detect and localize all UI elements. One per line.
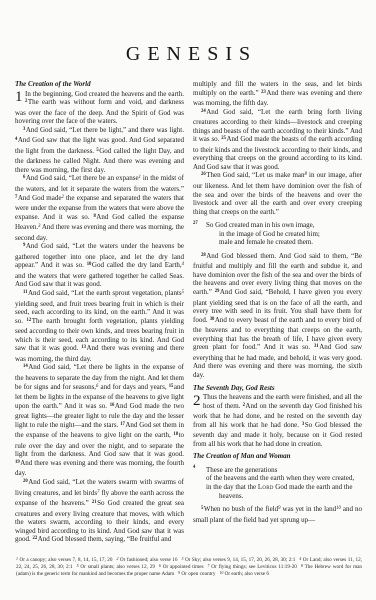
paragraph: 20And God said, “Let the waters swarm wi… [15,478,184,546]
verse-number: 4 [15,137,18,142]
section-heading: The Creation of the World [15,80,184,89]
text-columns: The Creation of the World1In the beginni… [15,80,362,554]
chapter-paragraph: 1In the beginning, God created the heave… [15,90,184,126]
poetry-line: in the day that the Lord God made the ea… [193,483,362,500]
paragraph: multiply and fill the waters in the seas… [193,80,362,108]
paragraph: 5When no bush of the field9 was yet in t… [193,505,362,524]
verse-number: 30 [210,317,215,322]
verse-number: 9 [23,243,26,248]
verse-number: 15 [169,384,174,389]
footnote-text: Or fashioned; also verse 16 [118,557,177,563]
footnote-text: Or Sky; also verses 9, 14, 15, 17, 20, 2… [183,557,295,563]
verse-number: 28 [201,253,206,258]
paragraph: 6And God said, “Let there be an expanse1… [15,174,184,242]
left-column: The Creation of the World1In the beginni… [15,80,184,554]
footnote-text: Or appointed times [161,564,204,570]
footnote: 2 Or fashioned; also verse 16 [116,557,181,563]
poetry-block: 4These are the generationsof the heavens… [193,466,362,500]
section-heading: The Creation of Man and Woman [193,452,362,461]
verse-number: 5 [201,506,204,511]
verse-number: 20 [23,479,28,484]
chapter-number: 1 [15,90,25,105]
footnote-marker: 6 [96,384,98,389]
poetry-line: of the heavens and the earth when they w… [193,474,362,483]
footnote-marker: 9 [278,506,280,511]
footnote-number: 9 [178,571,180,575]
divine-name-smallcaps: Lord [258,483,274,491]
poetry-line: male and female he created them. [193,238,362,247]
footnote-text: Or small plants; also verses 12, 29 [79,564,155,570]
footnote-marker: 3 [38,224,40,229]
verse-number: 4 [193,464,195,473]
footnote-number: 1 [16,557,18,561]
verse-number: 10 [87,262,92,267]
verse-number: 29 [215,289,220,294]
verse-number: 5 [96,148,99,153]
footnote-marker: 1 [139,175,141,180]
poetry-block: 27So God created man in his own image,in… [193,221,362,247]
verse-number: 17 [120,422,125,427]
verse-number: 6 [23,175,26,180]
footnote-number: 10 [219,571,223,575]
paragraph: 26Then God said, “Let us make man8 in ou… [193,171,362,216]
paragraph: 11And God said, “Let the earth sprout ve… [15,289,184,363]
footnote-text: Or open country [180,571,215,577]
footnote-number: 6 [159,564,161,568]
footnote: 10 Or earth; also verse 6 [219,571,273,577]
footnote-marker: 7 [97,490,99,495]
verse-number: 11 [23,290,28,295]
footnote-number: 8 [301,564,303,568]
footnote-marker: 10 [336,506,341,511]
verse-number: 23 [261,90,266,95]
footnotes-block: 1 Or a canopy; also verses 7, 8, 14, 15,… [16,557,362,579]
verse-number: 18 [173,432,178,437]
book-title: GENESIS [0,44,376,64]
section-heading: The Seventh Day, God Rests [193,384,362,393]
footnote-marker: 5 [182,290,184,295]
verse-number: 21 [92,500,97,505]
verse-number: 8 [93,214,96,219]
verse-number: 3 [23,127,26,132]
footnote-marker: 8 [305,172,307,177]
footnote-text: Or earth; also verse 6 [223,571,269,577]
right-column: multiply and fill the waters in the seas… [193,80,362,554]
bible-page: GENESIS The Creation of the World1In the… [0,0,376,600]
footnote: 3 Or Sky; also verses 9, 14, 15, 17, 20,… [181,557,299,563]
footnote: 9 Or open country [178,571,219,577]
verse-number: 7 [15,195,18,200]
verse-number: 27 [193,220,198,229]
verse-number: 16 [110,403,115,408]
paragraph: 14And God said, “Let there be lights in … [15,363,184,478]
verse-number: 19 [15,460,20,465]
poetry-line: These are the generations [193,466,362,475]
verse-number: 2 [243,403,246,408]
paragraph: 3And God said, “Let there be light,” and… [15,126,184,175]
footnote: 6 Or appointed times [159,564,208,570]
footnote-text: Or flying things; see Leviticus 11:19-20 [209,564,296,570]
footnote: 5 Or small plants; also verses 12, 29 [77,564,159,570]
chapter-number: 2 [193,393,203,408]
footnote-marker: 2 [61,195,63,200]
verse-number: 24 [201,109,206,114]
paragraph: 24And God said, “Let the earth bring for… [193,108,362,172]
chapter-paragraph: 2Thus the heavens and the earth were fin… [193,393,362,448]
paragraph: 28And God blessed them. And God said to … [193,252,362,380]
poetry-line: in the image of God he created him; [193,230,362,239]
verse-number: 31 [314,344,319,349]
verse-number: 22 [33,536,38,541]
poetry-line: So God created man in his own image, [193,221,362,230]
verse-number: 25 [221,136,226,141]
footnote-number: 5 [77,564,79,568]
verse-number: 3 [302,422,305,427]
verse-number: 13 [81,345,86,350]
verse-number: 2 [25,99,28,104]
footnote: 7 Or flying things; see Leviticus 11:19-… [208,564,301,570]
verse-number: 12 [27,318,32,323]
paragraph: 9And God said, “Let the waters under the… [15,242,184,289]
footnote-marker: 4 [182,262,184,267]
footnote-text: Or a canopy; also verses 7, 8, 14, 15, 1… [18,557,112,563]
verse-number: 26 [201,172,206,177]
footnote: 1 Or a canopy; also verses 7, 8, 14, 15,… [16,557,116,563]
verse-number: 14 [23,364,28,369]
